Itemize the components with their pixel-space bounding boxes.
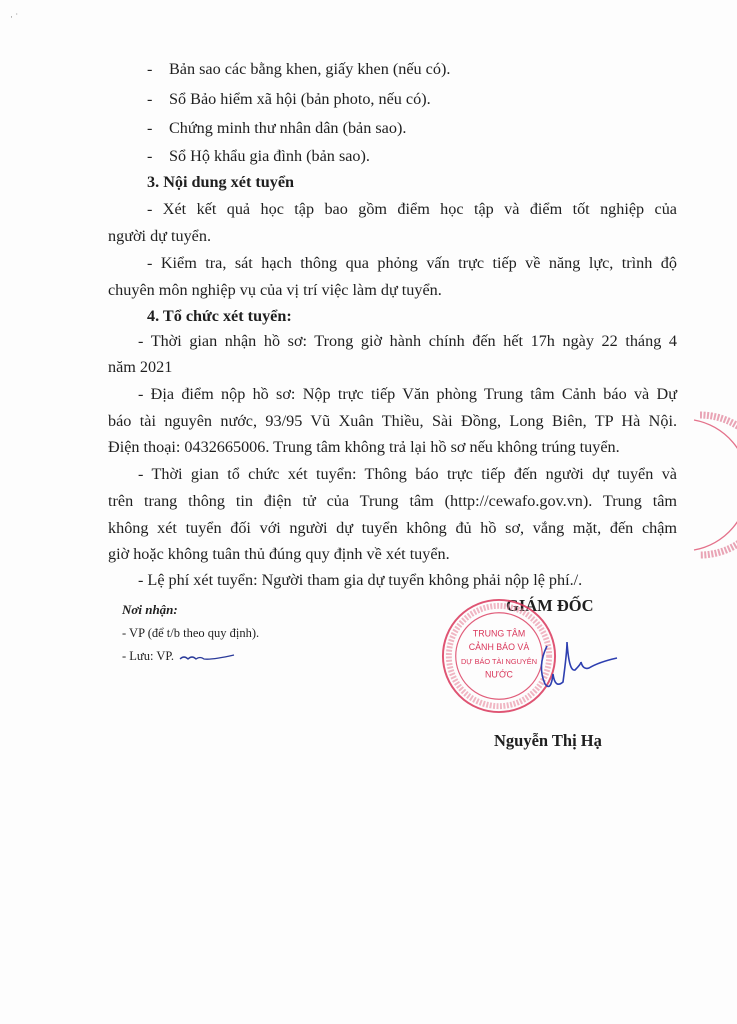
section-4-paragraph: không xét tuyển đối với người dự tuyển k…: [108, 518, 677, 538]
section-4-heading: 4. Tổ chức xét tuyển:: [147, 306, 292, 326]
section-4-paragraph: - Thời gian nhận hồ sơ: Trong giờ hành c…: [138, 331, 677, 351]
svg-text:TRUNG TÂM: TRUNG TÂM: [473, 628, 525, 638]
section-4-paragraph: giờ hoặc không tuân thủ đúng quy định về…: [108, 544, 450, 564]
page-edge-stamp-icon: [690, 410, 737, 560]
svg-text:NƯỚC: NƯỚC: [485, 670, 514, 680]
signer-name: Nguyễn Thị Hạ: [494, 731, 602, 751]
list-item-text: Chứng minh thư nhân dân (bản sao).: [169, 119, 406, 137]
scan-marks: · ˙: [10, 12, 18, 22]
document-page: · ˙ -Bản sao các bằng khen, giấy khen (n…: [0, 0, 737, 1024]
section-3-paragraph: - Kiểm tra, sát hạch thông qua phỏng vấn…: [147, 253, 677, 273]
section-4-paragraph: báo tài nguyên nước, 93/95 Vũ Xuân Thiều…: [108, 411, 677, 431]
section-3-paragraph: - Xét kết quả học tập bao gồm điểm học t…: [147, 199, 677, 219]
list-item: -Bản sao các bằng khen, giấy khen (nếu c…: [147, 59, 450, 79]
initials-scribble-icon: [178, 652, 238, 664]
list-item: -Chứng minh thư nhân dân (bản sao).: [147, 118, 406, 138]
list-item-text: Bản sao các bằng khen, giấy khen (nếu có…: [169, 60, 450, 78]
section-4-paragraph: trên trang thông tin điện tử của Trung t…: [108, 491, 677, 511]
section-4-paragraph: năm 2021: [108, 357, 172, 377]
section-4-paragraph: - Địa điểm nộp hồ sơ: Nộp trực tiếp Văn …: [138, 384, 677, 404]
svg-text:DỰ BÁO TÀI NGUYÊN: DỰ BÁO TÀI NGUYÊN: [461, 657, 537, 666]
recipient-item: - VP (để t/b theo quy định).: [122, 625, 259, 641]
recipient-item: - Lưu: VP.: [122, 648, 174, 664]
list-item: -Sổ Hộ khẩu gia đình (bản sao).: [147, 146, 370, 166]
list-item-text: Sổ Bảo hiểm xã hội (bản photo, nếu có).: [169, 90, 431, 108]
section-4-paragraph: Điện thoại: 0432665006. Trung tâm không …: [108, 437, 620, 457]
section-3-paragraph: chuyên môn nghiệp vụ của vị trí việc làm…: [108, 280, 442, 300]
section-4-paragraph: - Lệ phí xét tuyển: Người tham gia dự tu…: [138, 570, 582, 590]
signature-scribble-icon: [535, 638, 620, 698]
section-3-paragraph: người dự tuyển.: [108, 226, 211, 246]
list-item: -Sổ Bảo hiểm xã hội (bản photo, nếu có).: [147, 89, 431, 109]
section-3-heading: 3. Nội dung xét tuyển: [147, 172, 294, 192]
recipients-heading: Nơi nhận:: [122, 602, 178, 618]
svg-text:CẢNH BÁO VÀ: CẢNH BÁO VÀ: [469, 641, 530, 652]
section-4-paragraph: - Thời gian tổ chức xét tuyển: Thông báo…: [138, 464, 677, 484]
list-item-text: Sổ Hộ khẩu gia đình (bản sao).: [169, 147, 370, 165]
